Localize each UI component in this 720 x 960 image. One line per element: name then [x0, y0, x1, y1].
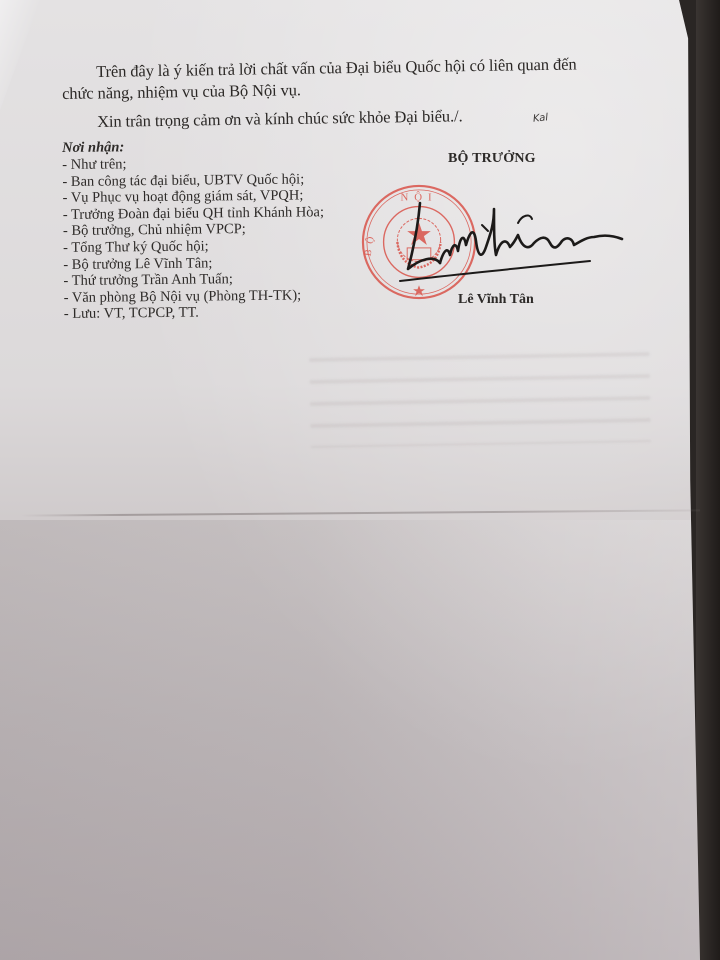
recipients-list: - Như trên;- Ban công tác đại biểu, UBTV…	[62, 154, 325, 323]
closing-paragraph-line-2: chức năng, nhiệm vụ của Bộ Nội vụ.	[62, 82, 301, 102]
paper-shadow	[0, 520, 700, 960]
recipient-item: - Văn phòng Bộ Nội vụ (Phòng TH-TK);	[64, 287, 325, 306]
signer-title: BỘ TRƯỞNG	[448, 151, 536, 167]
background-surface	[696, 0, 720, 960]
recipients-heading: Nơi nhận:	[62, 137, 323, 156]
handwritten-signature	[390, 185, 640, 295]
handwritten-initials: Kal	[532, 112, 548, 125]
recipient-item: - Trưởng Đoàn đại biểu QH tỉnh Khánh Hòa…	[63, 204, 324, 223]
show-through-text	[309, 342, 651, 448]
signer-name: Lê Vĩnh Tân	[458, 292, 534, 308]
recipients-block: Nơi nhận: - Như trên;- Ban công tác đại …	[62, 137, 325, 323]
recipient-item: - Lưu: VT, TCPCP, TT.	[64, 304, 325, 323]
